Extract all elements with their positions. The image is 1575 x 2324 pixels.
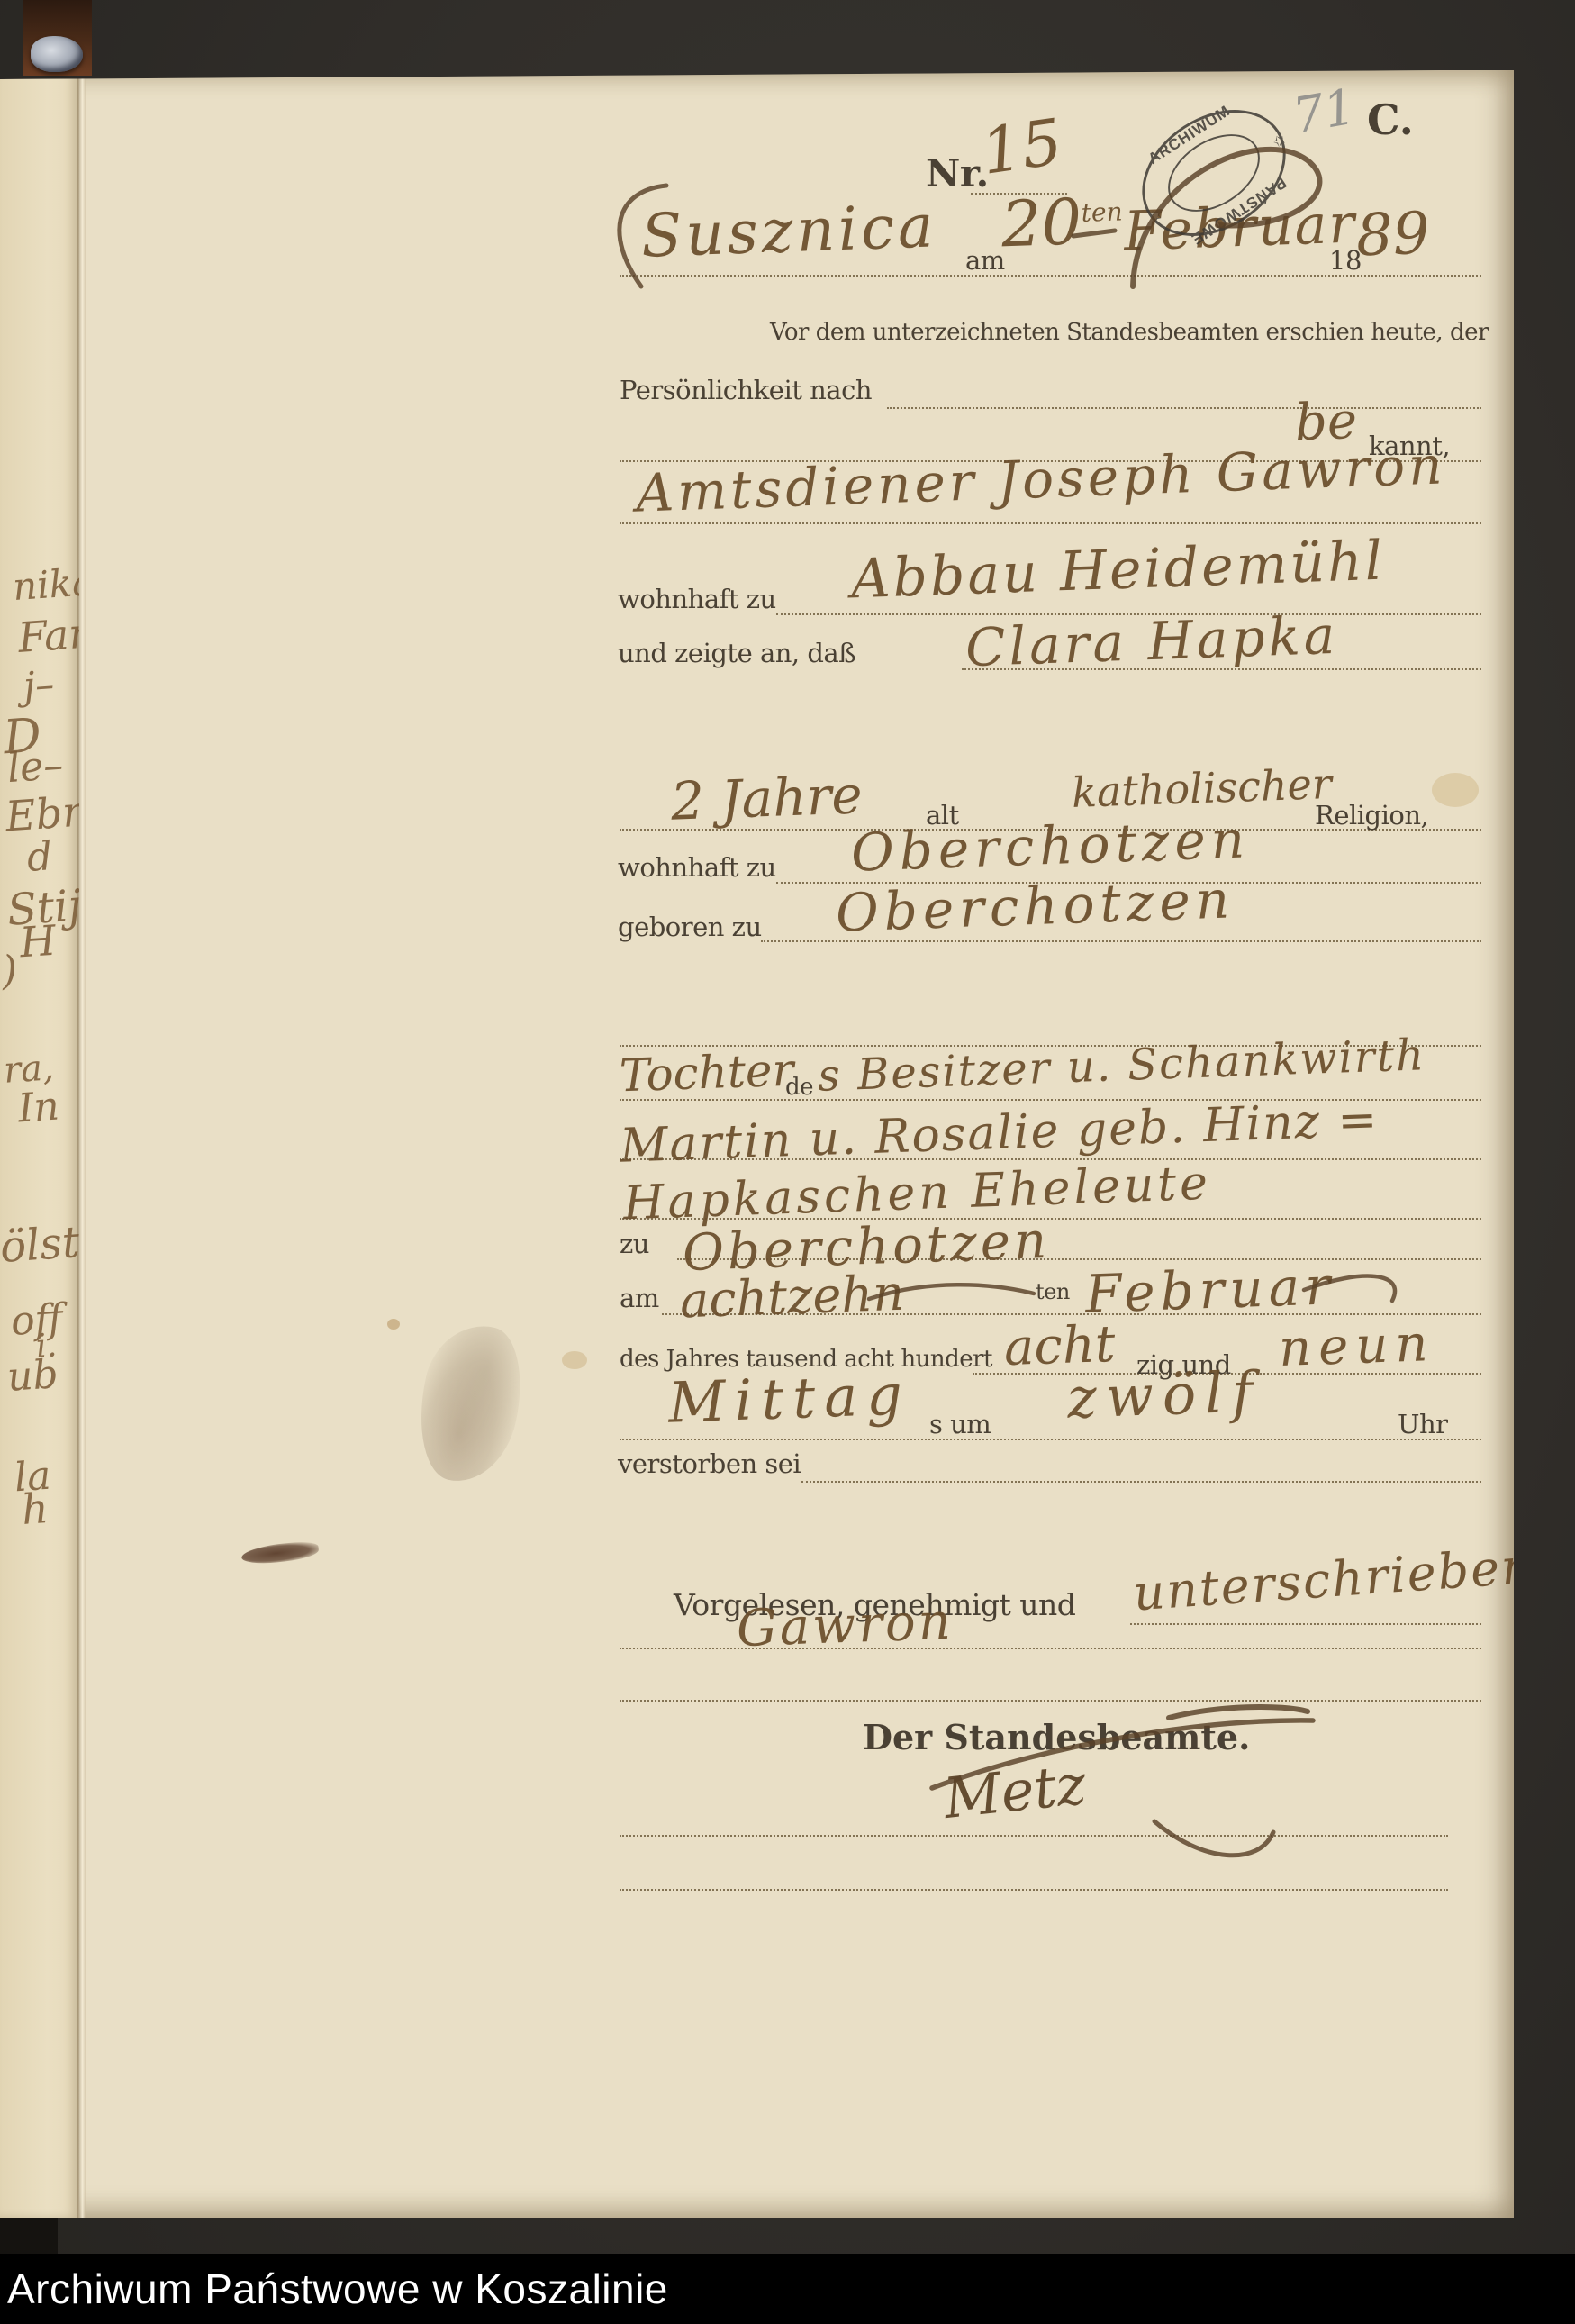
dotted-rule-line <box>620 1887 1448 1891</box>
margin-fragment: le– <box>5 742 65 792</box>
margin-fragment: d <box>25 833 54 881</box>
previous-page-edge: nikaFanj–Dle–EbridStijH)ra,Inölstoffi.ub… <box>0 70 79 2218</box>
declarant-signature: Gawron <box>736 1593 955 1658</box>
readout-hand: unterschrieben <box>1131 1538 1535 1622</box>
dotted-rule-line <box>620 1833 1448 1837</box>
dotted-rule-line <box>1130 1621 1481 1625</box>
margin-fragment: H <box>18 916 58 967</box>
date-day: 20ten <box>1000 184 1125 262</box>
parents-line2: Martin u. Rosalie geb. Hinz = <box>619 1093 1380 1173</box>
margin-fragment: In <box>16 1083 60 1131</box>
religion-value: katholischer <box>1071 759 1332 817</box>
foxing-spot <box>1432 773 1479 807</box>
announce-label: und zeigte an, daß <box>618 638 855 668</box>
margin-fragment: ub <box>5 1351 59 1401</box>
parents-place-label: zu <box>620 1229 649 1259</box>
death-day-suffix: ten <box>1036 1279 1070 1304</box>
binding-shadow <box>0 2218 58 2256</box>
intro-line: Vor dem unterzeichneten Standesbeamten e… <box>770 319 1489 346</box>
book-binding-strip <box>23 0 92 76</box>
margin-fragment: ) <box>0 947 19 994</box>
water-stain <box>406 1316 534 1492</box>
foxing-spot <box>387 1319 400 1330</box>
relation-hand: Tochter <box>619 1044 794 1103</box>
residence-deceased-label: wohnhaft zu <box>618 852 776 883</box>
registrar-signature: Metz <box>941 1751 1090 1831</box>
residence-declarant-label: wohnhaft zu <box>618 584 776 614</box>
archive-watermark-text: Archiwum Państwowe w Koszalinie <box>7 2265 668 2313</box>
identity-label: Persönlichkeit nach <box>620 375 872 405</box>
death-year-ones: neun <box>1278 1314 1436 1378</box>
foxing-spot <box>562 1351 587 1369</box>
dotted-rule-line <box>620 521 1481 524</box>
dotted-rule-line <box>620 1698 1481 1702</box>
death-sum-label: s um <box>929 1409 991 1439</box>
pencil-folio-number: 71 <box>1289 78 1360 145</box>
margin-fragment: Fan <box>16 608 79 662</box>
dotted-rule-line <box>620 1437 1481 1440</box>
ink-smudge <box>240 1540 320 1566</box>
margin-fragment: ölst <box>0 1217 79 1273</box>
age-value: 2 Jahre <box>670 764 864 831</box>
death-period: Mittag <box>667 1361 912 1435</box>
deceased-name: Clara Hapka <box>964 604 1339 678</box>
record-number-label: Nr. <box>926 151 989 195</box>
dotted-rule-line <box>801 1479 1481 1483</box>
margin-fragment: Ebri <box>4 786 79 841</box>
death-day: achtzehn <box>679 1265 905 1330</box>
birthplace: Oberchotzen <box>835 868 1236 943</box>
margin-fragment: nika <box>11 559 79 609</box>
residence-declarant: Abbau Heidemühl <box>850 530 1386 612</box>
scanned-register-page: nikaFanj–Dle–EbridStijH)ra,Inölstoffi.ub… <box>0 0 1575 2324</box>
record-number-value: 15 <box>977 104 1067 189</box>
dotted-rule-line <box>887 405 1481 409</box>
registrar-label: Der Standesbeamte. <box>863 1717 1250 1757</box>
paper-sheet: nikaFanj–Dle–EbridStijH)ra,Inölstoffi.ub… <box>0 70 1514 2218</box>
metal-clasp <box>31 36 83 72</box>
archive-watermark-bar: Archiwum Państwowe w Koszalinie <box>0 2254 1575 2324</box>
birthplace-label: geboren zu <box>618 912 762 942</box>
death-am-label: am <box>620 1283 659 1313</box>
margin-fragment: h <box>20 1484 50 1534</box>
place-name: Susznica <box>640 191 938 270</box>
margin-fragment: j– <box>22 662 55 708</box>
date-day-suffix: ten <box>1081 196 1123 228</box>
closing-statement: verstorben sei <box>618 1448 801 1479</box>
am-label: am <box>965 245 1005 276</box>
death-month: Februar <box>1084 1255 1336 1325</box>
death-hour: zwölf <box>1066 1358 1263 1430</box>
series-letter: C. <box>1367 95 1414 144</box>
declarant-name: Amtsdiener Joseph Gawron <box>635 434 1446 523</box>
parents-line1: s Besitzer u. Schankwirth <box>817 1030 1426 1102</box>
death-uhr-label: Uhr <box>1398 1409 1447 1439</box>
date-year: 89 <box>1355 201 1431 270</box>
page-fold-crease <box>77 70 86 2218</box>
